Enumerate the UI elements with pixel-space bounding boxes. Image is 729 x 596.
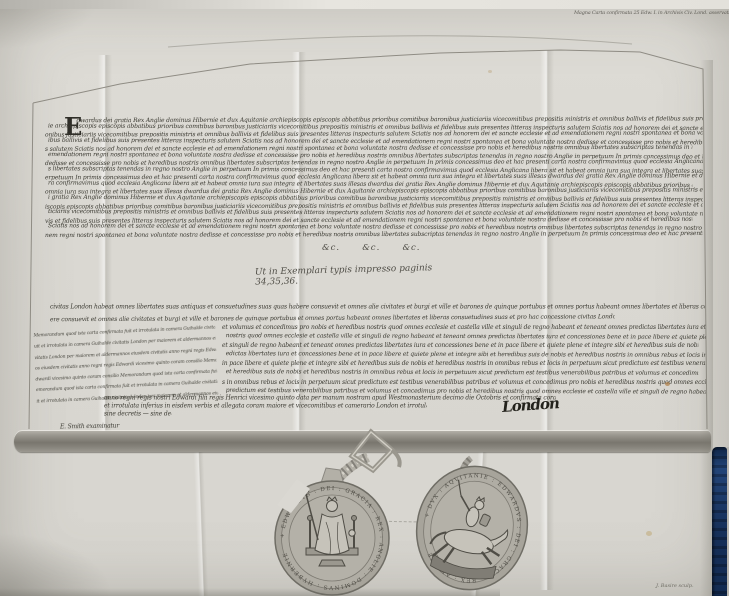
fold-crease [470, 452, 488, 596]
page-fold-curve [168, 36, 632, 47]
etcetera-line: &c. &c. &c. [322, 243, 442, 253]
script-line: nostris quod omnes ecclesie et castella … [226, 331, 706, 342]
right-seal-cord-stub [462, 458, 471, 488]
tail-script-line: sine decretis — sine decretis — sine dec… [104, 410, 194, 420]
exemplar-caption: Ut in Exemplari typis impresso paginis 3… [255, 262, 465, 287]
script-line: et irrotulata inferius in eisdem verbis … [104, 402, 427, 410]
examiner-signature: E. Smith examinatur [60, 422, 119, 430]
faint-dashed-crease [345, 520, 441, 523]
photo-bottom-shadow [0, 588, 500, 596]
cord-tail [392, 450, 400, 467]
stain-spot [665, 382, 670, 386]
charter-outline-left [29, 103, 33, 429]
stain-spot [488, 70, 492, 73]
seal-attachment-tag [318, 468, 346, 492]
seal-legend: + EDWARDVS : DEI : GRACIA : REX : ANGLIE… [280, 486, 384, 590]
plate-caption: Magna Carta confirmata 25 Edw. I. in Arc… [574, 10, 724, 16]
seal-broken-notch [277, 479, 310, 513]
engraver-credit: J. Basire sculp. [656, 583, 694, 589]
lower-script-block: et volumus et concedimus pro nobis et he… [222, 323, 706, 397]
script-line: anno regni regis nostri Edwardi filii re… [104, 394, 556, 402]
book-binding-edge [712, 447, 727, 596]
script-line: nem regni nostri spontanea et bona volun… [45, 230, 703, 239]
stain-spot [646, 531, 652, 536]
plica-fold-band [14, 431, 711, 452]
script-line: sine decretis — sine decretis — sine dec… [104, 410, 172, 418]
main-script-block: dwardus dei gratia Rex Anglie dominus Hi… [45, 116, 703, 240]
fold-crease [193, 452, 208, 596]
enthroned-king-figure [303, 487, 358, 566]
photo-top-edge [0, 0, 729, 9]
ground-mound [429, 552, 496, 584]
script-line: s in omnibus rebus et locis in perpetuum… [222, 377, 706, 386]
photographed-plate: Magna Carta confirmata 25 Edw. I. in Arc… [0, 0, 729, 596]
great-seal-obverse: + EDWARDVS : DEI : GRACIA : REX : ANGLIE… [275, 468, 389, 595]
